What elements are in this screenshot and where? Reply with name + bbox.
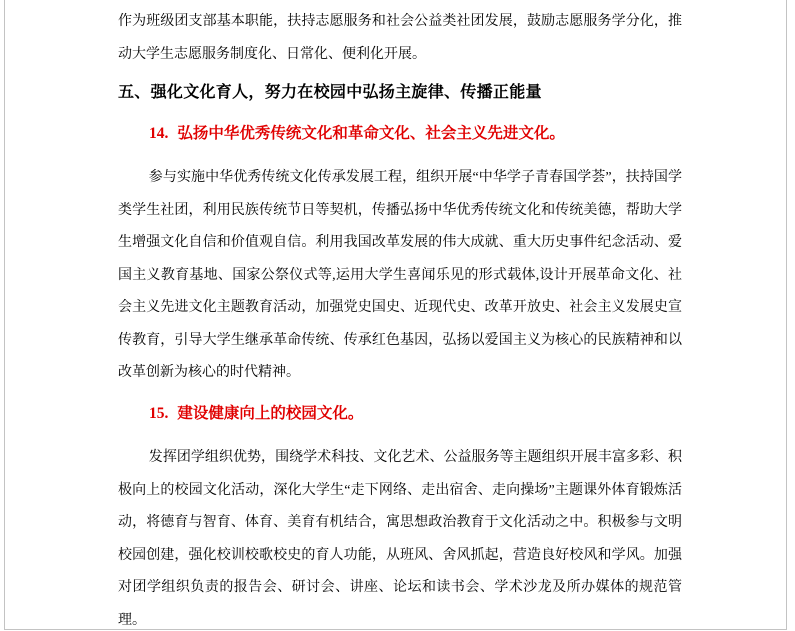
section-heading: 五、强化文化育人，努力在校园中弘扬主旋律、传播正能量 — [118, 77, 682, 110]
document-content: 作为班级团支部基本职能，扶持志愿服务和社会公益类社团发展，鼓励志愿服务学分化，推… — [5, 0, 786, 630]
item-14-number: 14. — [149, 125, 168, 142]
paragraph-continuation: 作为班级团支部基本职能，扶持志愿服务和社会公益类社团发展，鼓励志愿服务学分化，推… — [118, 6, 682, 71]
item-15-heading: 15.建设健康向上的校园文化。 — [118, 398, 682, 431]
item-15-title: 建设健康向上的校园文化。 — [177, 405, 363, 422]
item-15-body: 发挥团学组织优势，围绕学术科技、文化艺术、公益服务等主题组织开展丰富多彩、积极向… — [118, 442, 682, 630]
item-15-number: 15. — [149, 405, 168, 422]
item-14-heading: 14.弘扬中华优秀传统文化和革命文化、社会主义先进文化。 — [118, 118, 682, 151]
item-14-body: 参与实施中华优秀传统文化传承发展工程，组织开展“中华学子青春国学荟”，扶持国学类… — [118, 162, 682, 390]
document-page: 作为班级团支部基本职能，扶持志愿服务和社会公益类社团发展，鼓励志愿服务学分化，推… — [4, 0, 787, 630]
item-14-title: 弘扬中华优秀传统文化和革命文化、社会主义先进文化。 — [177, 125, 565, 142]
